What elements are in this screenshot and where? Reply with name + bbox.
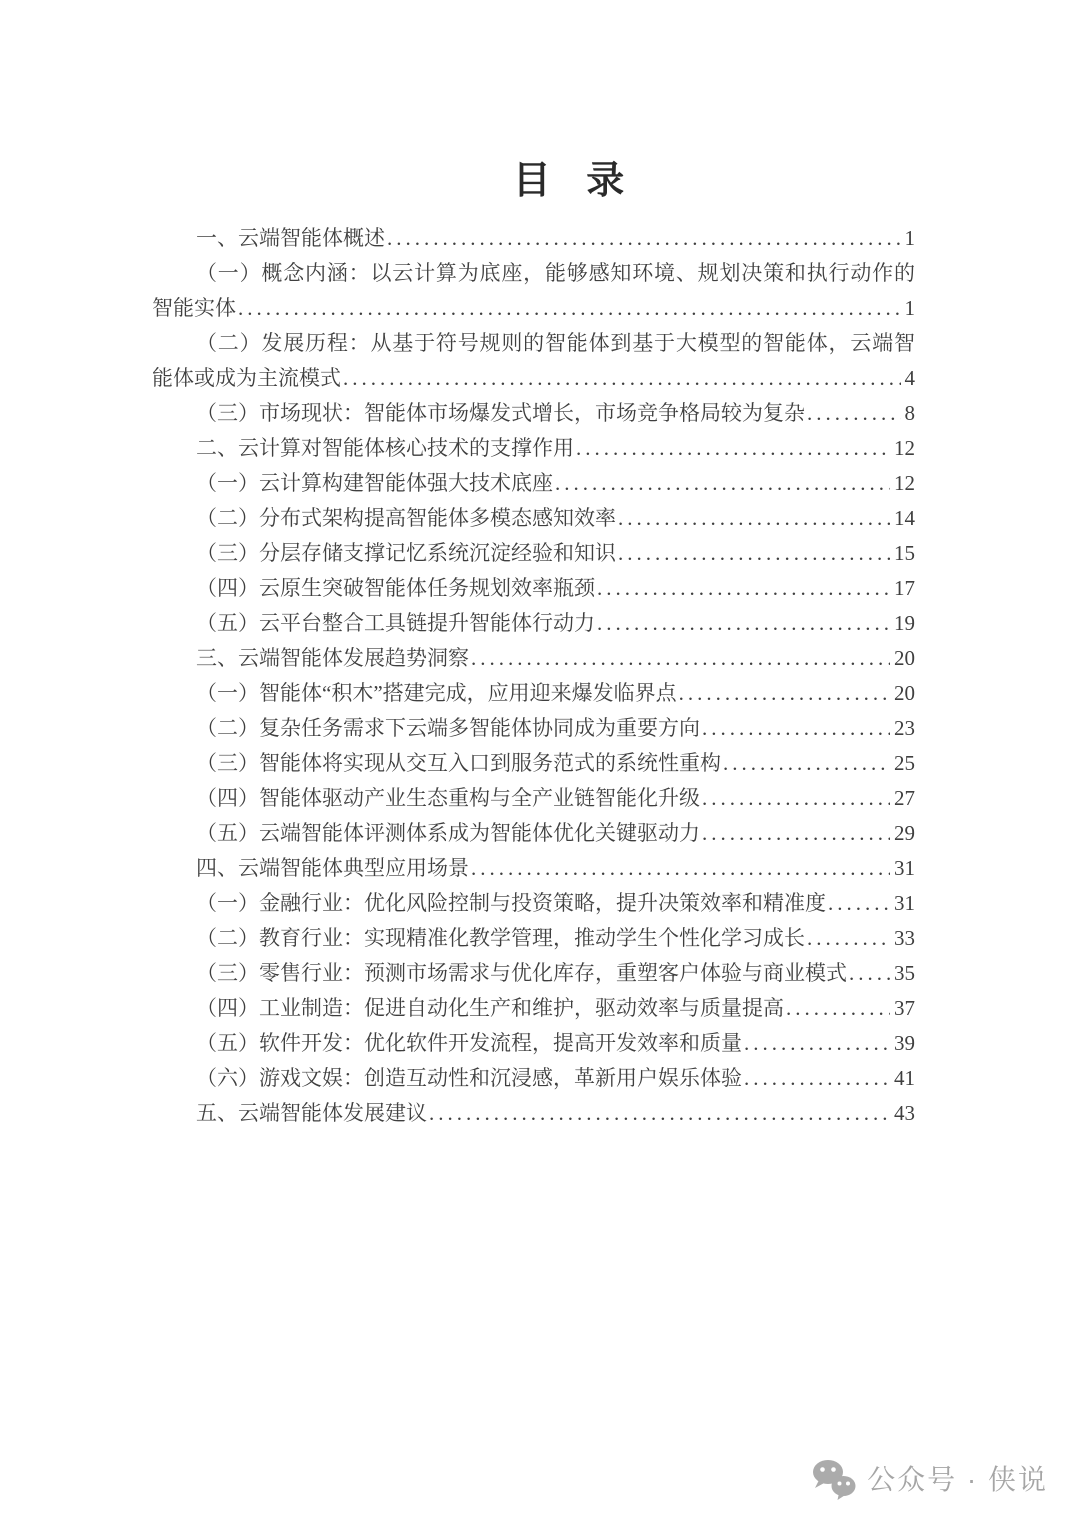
toc-entry-title: 一、云端智能体概述 [196,221,385,256]
toc-entry-title: 四、云端智能体典型应用场景 [196,851,469,886]
page-number: 39 [894,1026,915,1061]
toc-entry: （三）市场现状：智能体市场爆发式增长，市场竞争格局较为复杂8 [152,396,915,431]
toc-line-last: （一）金融行业：优化风险控制与投资策略，提升决策效率和精准度31 [152,886,915,921]
page-number: 12 [894,431,915,466]
toc-entry: （一）云计算构建智能体强大技术底座12 [152,466,915,501]
toc-line-last: （四）工业制造：促进自动化生产和维护，驱动效率与质量提高37 [152,991,915,1026]
dot-leader [702,711,890,746]
dot-leader [471,851,890,886]
toc-entry: 一、云端智能体概述1 [152,221,915,256]
toc-entry-title: （五）云端智能体评测体系成为智能体优化关键驱动力 [196,816,700,851]
dot-leader [576,431,890,466]
toc-entry: （二）教育行业：实现精准化教学管理，推动学生个性化学习成长33 [152,921,915,956]
toc-entry-title: （三）分层存储支撑记忆系统沉淀经验和知识 [196,536,616,571]
document-page: 目 录 一、云端智能体概述1（一）概念内涵：以云计算为底座，能够感知环境、规划决… [0,0,1080,1527]
toc-entry-title: 五、云端智能体发展建议 [196,1096,427,1131]
toc-line-last: （三）市场现状：智能体市场爆发式增长，市场竞争格局较为复杂8 [152,396,915,431]
toc-entry-title: （三）市场现状：智能体市场爆发式增长，市场竞争格局较为复杂 [196,396,805,431]
toc-line-last: 五、云端智能体发展建议43 [152,1096,915,1131]
toc-entry: 四、云端智能体典型应用场景31 [152,851,915,886]
page-number: 15 [894,536,915,571]
dot-leader [618,501,890,536]
toc-entry-title: 三、云端智能体发展趋势洞察 [196,641,469,676]
toc-line-last: （一）智能体“积木”搭建完成，应用迎来爆发临界点20 [152,676,915,711]
toc-entry: （一）智能体“积木”搭建完成，应用迎来爆发临界点20 [152,676,915,711]
toc-entry-title: （四）智能体驱动产业生态重构与全产业链智能化升级 [196,781,700,816]
page-number: 14 [894,501,915,536]
dot-leader [702,816,890,851]
toc-entry-title: （六）游戏文娱：创造互动性和沉浸感，革新用户娱乐体验 [196,1061,742,1096]
toc-entry: （二）复杂任务需求下云端多智能体协同成为重要方向23 [152,711,915,746]
toc-line-last: （五）云平台整合工具链提升智能体行动力19 [152,606,915,641]
page-number: 33 [894,921,915,956]
toc-entry: （四）智能体驱动产业生态重构与全产业链智能化升级27 [152,781,915,816]
toc-entry-title: 智能实体 [152,291,236,326]
dot-leader [429,1096,890,1131]
page-number: 29 [894,816,915,851]
toc-line-last: （三）智能体将实现从交互入口到服务范式的系统性重构25 [152,746,915,781]
page-number: 12 [894,466,915,501]
toc-line-last: （二）复杂任务需求下云端多智能体协同成为重要方向23 [152,711,915,746]
toc-line-text: （二）发展历程：从基于符号规则的智能体到基于大模型的智能体，云端智 [152,326,915,361]
page-number: 41 [894,1061,915,1096]
page-number: 1 [905,221,916,256]
dot-leader [828,886,890,921]
page-number: 4 [905,361,916,396]
toc-entry-title: （三）零售行业：预测市场需求与优化库存，重塑客户体验与商业模式 [196,956,847,991]
page-number: 17 [894,571,915,606]
page-number: 43 [894,1096,915,1131]
dot-leader [723,746,890,781]
page-number: 35 [894,956,915,991]
toc-line-last: （三）分层存储支撑记忆系统沉淀经验和知识15 [152,536,915,571]
dot-leader [597,571,890,606]
dot-leader [744,1061,890,1096]
dot-leader [679,676,890,711]
toc-entry-title: （四）云原生突破智能体任务规划效率瓶颈 [196,571,595,606]
toc-entry: （一）概念内涵：以云计算为底座，能够感知环境、规划决策和执行动作的智能实体1 [152,256,915,326]
toc-line-last: （一）云计算构建智能体强大技术底座12 [152,466,915,501]
dot-leader [471,641,890,676]
toc-entry-title: 能体或成为主流模式 [152,361,341,396]
dot-leader [807,921,890,956]
toc-entry: （三）智能体将实现从交互入口到服务范式的系统性重构25 [152,746,915,781]
toc-entry: （二）发展历程：从基于符号规则的智能体到基于大模型的智能体，云端智能体或成为主流… [152,326,915,396]
toc-line-last: （五）云端智能体评测体系成为智能体优化关键驱动力29 [152,816,915,851]
toc-entry-title: （一）智能体“积木”搭建完成，应用迎来爆发临界点 [196,676,677,711]
toc-line-last: 能体或成为主流模式4 [152,361,915,396]
toc-line-last: （四）智能体驱动产业生态重构与全产业链智能化升级27 [152,781,915,816]
toc-entry: （二）分布式架构提高智能体多模态感知效率14 [152,501,915,536]
toc-line-last: （四）云原生突破智能体任务规划效率瓶颈17 [152,571,915,606]
toc-entry-title: （三）智能体将实现从交互入口到服务范式的系统性重构 [196,746,721,781]
toc-line-last: （六）游戏文娱：创造互动性和沉浸感，革新用户娱乐体验41 [152,1061,915,1096]
page-number: 37 [894,991,915,1026]
toc-entry-title: （五）软件开发：优化软件开发流程，提高开发效率和质量 [196,1026,742,1061]
page-title: 目 录 [188,158,951,204]
page-number: 31 [894,886,915,921]
dot-leader [618,536,890,571]
toc-entry: 三、云端智能体发展趋势洞察20 [152,641,915,676]
toc-entry: （五）软件开发：优化软件开发流程，提高开发效率和质量39 [152,1026,915,1061]
toc-line-text: （一）概念内涵：以云计算为底座，能够感知环境、规划决策和执行动作的 [152,256,915,291]
toc-entry: 五、云端智能体发展建议43 [152,1096,915,1131]
dot-leader [849,956,890,991]
page-number: 8 [905,396,916,431]
dot-leader [238,291,901,326]
toc-entry: （六）游戏文娱：创造互动性和沉浸感，革新用户娱乐体验41 [152,1061,915,1096]
footer-label: 公众号 · 侠说 [867,1460,1048,1500]
dot-leader [786,991,890,1026]
page-number: 25 [894,746,915,781]
toc-line-last: （三）零售行业：预测市场需求与优化库存，重塑客户体验与商业模式35 [152,956,915,991]
toc-entry: 二、云计算对智能体核心技术的支撑作用12 [152,431,915,466]
dot-leader [702,781,890,816]
toc-entry: （一）金融行业：优化风险控制与投资策略，提升决策效率和精准度31 [152,886,915,921]
toc-line-last: 二、云计算对智能体核心技术的支撑作用12 [152,431,915,466]
toc-entry-title: （四）工业制造：促进自动化生产和维护，驱动效率与质量提高 [196,991,784,1026]
page-number: 31 [894,851,915,886]
toc-entry-title: （二）复杂任务需求下云端多智能体协同成为重要方向 [196,711,700,746]
dot-leader [387,221,901,256]
dot-leader [744,1026,890,1061]
wechat-icon [812,1459,856,1501]
toc-entry-title: （二）分布式架构提高智能体多模态感知效率 [196,501,616,536]
toc-entry: （四）工业制造：促进自动化生产和维护，驱动效率与质量提高37 [152,991,915,1026]
toc-line-last: 三、云端智能体发展趋势洞察20 [152,641,915,676]
toc-entry-title: （一）云计算构建智能体强大技术底座 [196,466,553,501]
dot-leader [555,466,890,501]
toc-line-last: 一、云端智能体概述1 [152,221,915,256]
toc-entry: （三）零售行业：预测市场需求与优化库存，重塑客户体验与商业模式35 [152,956,915,991]
toc-entry: （三）分层存储支撑记忆系统沉淀经验和知识15 [152,536,915,571]
toc-entry: （五）云端智能体评测体系成为智能体优化关键驱动力29 [152,816,915,851]
dot-leader [343,361,901,396]
wechat-badge: 公众号 · 侠说 [812,1459,1048,1501]
toc-entry: （五）云平台整合工具链提升智能体行动力19 [152,606,915,641]
page-number: 23 [894,711,915,746]
toc-entry-title: 二、云计算对智能体核心技术的支撑作用 [196,431,574,466]
page-number: 20 [894,676,915,711]
table-of-contents: 一、云端智能体概述1（一）概念内涵：以云计算为底座，能够感知环境、规划决策和执行… [152,221,915,1131]
toc-line-last: 四、云端智能体典型应用场景31 [152,851,915,886]
page-number: 20 [894,641,915,676]
toc-entry-title: （二）教育行业：实现精准化教学管理，推动学生个性化学习成长 [196,921,805,956]
toc-line-last: （二）分布式架构提高智能体多模态感知效率14 [152,501,915,536]
toc-line-last: 智能实体1 [152,291,915,326]
toc-entry-title: （五）云平台整合工具链提升智能体行动力 [196,606,595,641]
page-number: 27 [894,781,915,816]
toc-line-last: （五）软件开发：优化软件开发流程，提高开发效率和质量39 [152,1026,915,1061]
page-number: 1 [905,291,916,326]
toc-entry: （四）云原生突破智能体任务规划效率瓶颈17 [152,571,915,606]
dot-leader [597,606,890,641]
toc-entry-title: （一）金融行业：优化风险控制与投资策略，提升决策效率和精准度 [196,886,826,921]
toc-line-last: （二）教育行业：实现精准化教学管理，推动学生个性化学习成长33 [152,921,915,956]
dot-leader [807,396,901,431]
page-number: 19 [894,606,915,641]
